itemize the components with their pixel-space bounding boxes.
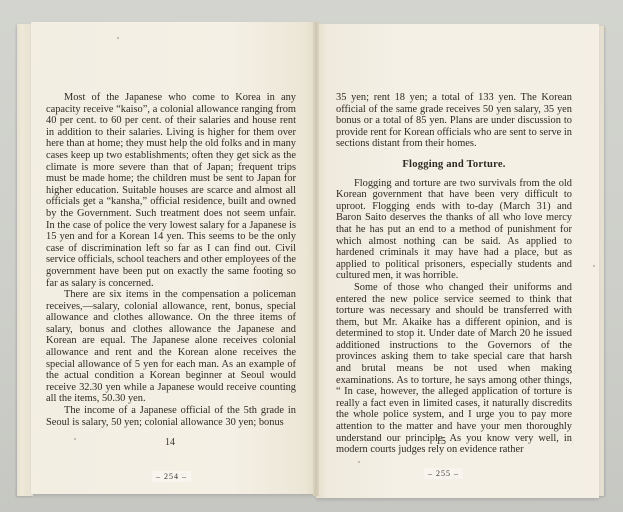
paper-speck (117, 37, 119, 39)
archive-number-left: – 254 – (152, 471, 191, 482)
paragraph: There are six items in the compensation … (46, 289, 296, 405)
book-gutter (313, 22, 319, 496)
paper-speck (593, 265, 595, 267)
page-number-left: 14 (165, 437, 175, 448)
paragraph: Most of the Japanese who come to Korea i… (46, 92, 296, 289)
paragraph: Flogging and torture are two survivals f… (336, 178, 572, 282)
paragraph: 35 yen; rent 18 yen; a total of 133 yen.… (336, 92, 572, 150)
paper-speck (74, 438, 76, 440)
section-heading: Flogging and Torture. (336, 159, 572, 171)
paper-speck (358, 461, 360, 463)
archive-number-right: – 255 – (424, 468, 463, 479)
right-page-body: 35 yen; rent 18 yen; a total of 133 yen.… (336, 92, 572, 456)
page-number-right: 15 (436, 436, 446, 447)
paragraph: The income of a Japanese official of the… (46, 405, 296, 428)
paragraph: Some of those who changed their uniforms… (336, 282, 572, 456)
left-page-body: Most of the Japanese who come to Korea i… (46, 92, 296, 428)
